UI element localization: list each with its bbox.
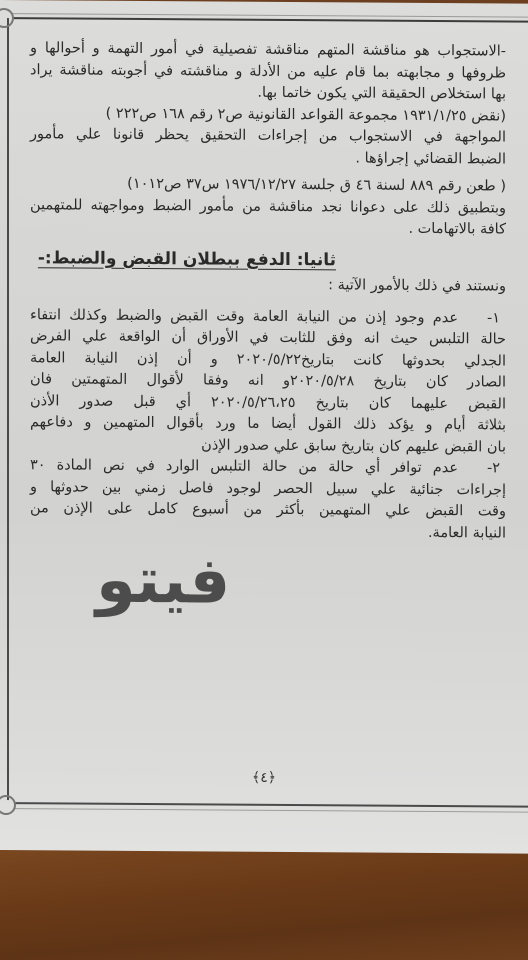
page-border-bottom bbox=[14, 802, 528, 808]
page-border-left bbox=[7, 18, 9, 800]
list-item-line: الصادر كان بتاريخ ٢٠٢٠/٥/٢٨و انه وفقا لأ… bbox=[30, 369, 506, 394]
list-item-line: النيابة العامة. bbox=[30, 520, 506, 545]
paragraph-line: الضبط القضائي إجراؤها . bbox=[30, 146, 506, 171]
section-heading: ثانيا: الدفع ببطلان القبض والضبط:- bbox=[30, 248, 336, 272]
corner-ornament-bottom-left bbox=[0, 795, 16, 815]
list-item-number: ٢- bbox=[487, 458, 500, 480]
paragraph-line: وبتطبيق ذلك على دعوانا نجد مناقشة من مأم… bbox=[30, 195, 506, 220]
list-item-line: حالة التلبس حيث انه وفق للثابت في الأورا… bbox=[30, 326, 506, 351]
page-number: ﴿٤﴾ bbox=[0, 768, 528, 788]
section-intro: ونستند في ذلك بالأمور الآتية : bbox=[30, 273, 506, 298]
list-item: ١- عدم وجود إذن من النيابة العامة وقت ال… bbox=[30, 305, 506, 330]
page-border-bottom-thin bbox=[14, 808, 528, 813]
watermark-logo-text: فيتو bbox=[96, 544, 230, 619]
corner-ornament-top-left bbox=[0, 8, 14, 28]
list-item: ٢- عدم توافر أي حالة من حالة التلبس الوا… bbox=[30, 455, 506, 480]
list-item-number: ١- bbox=[487, 308, 500, 330]
wooden-table-surface bbox=[0, 845, 528, 960]
paragraph-line: -الاستجواب هو مناقشة المتهم مناقشة تفصيل… bbox=[30, 38, 506, 63]
paragraph-line: كافة بالاتهامات . bbox=[30, 216, 506, 241]
document-page: -الاستجواب هو مناقشة المتهم مناقشة تفصيل… bbox=[0, 0, 528, 854]
paragraph-line: ظروفها و مجابهته بما قام عليه من الأدلة … bbox=[30, 60, 506, 85]
watermark-logo: فيتو bbox=[96, 549, 230, 614]
page-border-top bbox=[12, 17, 528, 23]
list-item-line: عدم وجود إذن من النيابة العامة وقت القبض… bbox=[30, 305, 458, 329]
document-body: -الاستجواب هو مناقشة المتهم مناقشة تفصيل… bbox=[30, 38, 506, 544]
list-item-line: بثلاثة أيام و يؤكد ذلك القول أيضا ما ورد… bbox=[30, 412, 506, 437]
list-item-line: وقت القبض علي المتهمين بأكثر من أسبوع كا… bbox=[30, 498, 506, 523]
paragraph-line: المواجهة في الاستجواب من إجراءات التحقيق… bbox=[30, 124, 506, 149]
list-item-line: عدم توافر أي حالة من حالة التلبس الوارد … bbox=[30, 455, 458, 479]
